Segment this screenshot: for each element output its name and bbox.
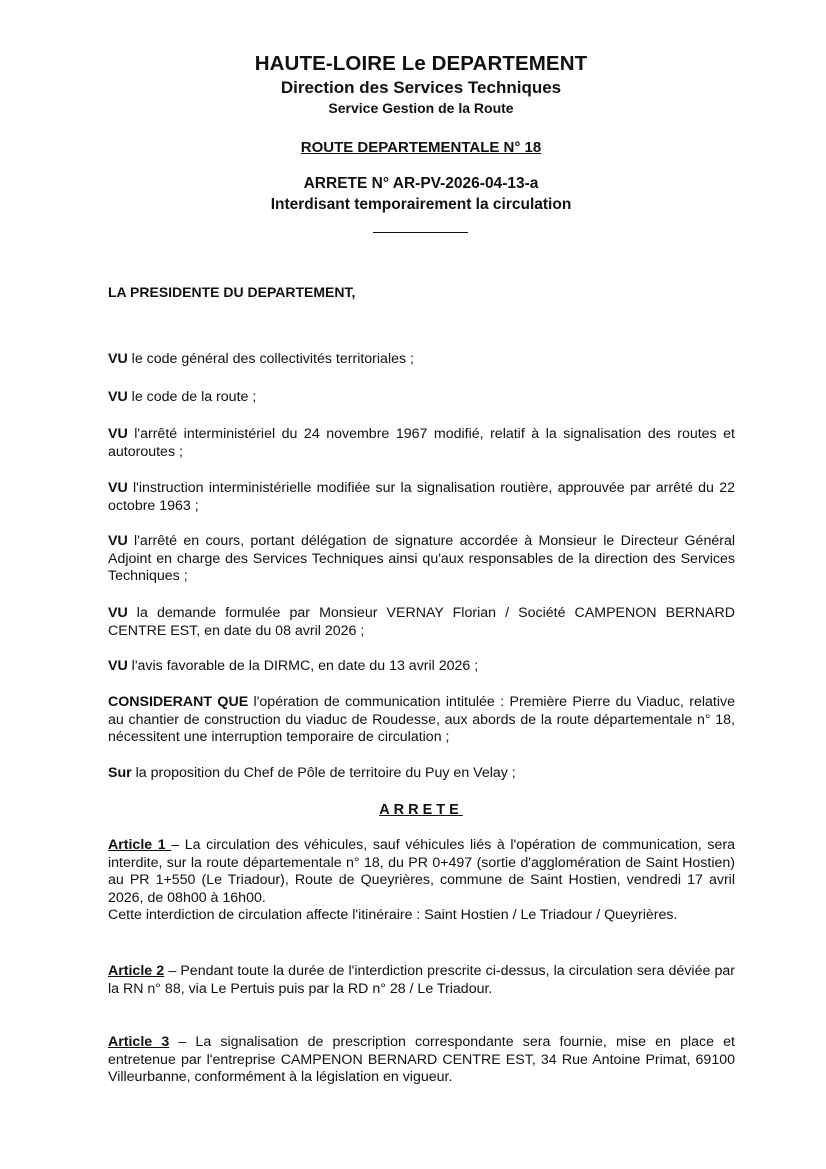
article-text: – La circulation des véhicules, sauf véh…	[108, 837, 735, 906]
article-label: Article 2	[108, 963, 164, 979]
visa-text: la demande formulée par Monsieur VERNAY …	[108, 605, 735, 639]
arrete-subject: Interdisant temporairement la circulatio…	[0, 196, 826, 214]
visa-lead: VU	[108, 426, 128, 442]
arrete-number: ARRETE N° AR-PV-2026-04-13-a	[0, 175, 826, 193]
direction-title: Direction des Services Techniques	[0, 78, 826, 98]
visa-3: VU l'arrêté interministériel du 24 novem…	[108, 426, 735, 461]
visa-6: VU la demande formulée par Monsieur VERN…	[108, 605, 735, 640]
visa-text: l'instruction interministérielle modifié…	[108, 480, 735, 514]
visa-4: VU l'instruction interministérielle modi…	[108, 480, 735, 515]
service-title: Service Gestion de la Route	[0, 100, 826, 116]
authority-heading: LA PRESIDENTE DU DEPARTEMENT,	[108, 284, 355, 300]
article-label: Article 3	[108, 1034, 169, 1050]
article-3: Article 3 – La signalisation de prescrip…	[108, 1034, 735, 1087]
considerant-paragraph: CONSIDERANT QUE l'opération de communica…	[108, 694, 735, 747]
visa-2: VU le code de la route ;	[108, 389, 735, 407]
visa-text: l'avis favorable de la DIRMC, en date du…	[128, 658, 479, 674]
visa-lead: VU	[108, 533, 128, 549]
visa-1: VU le code général des collectivités ter…	[108, 351, 735, 369]
separator-rule	[373, 232, 468, 233]
visa-text: l'arrêté interministériel du 24 novembre…	[108, 426, 735, 460]
article-2: Article 2 – Pendant toute la durée de l'…	[108, 963, 735, 998]
decision-title: ARRETE	[0, 802, 826, 818]
article-1: Article 1 – La circulation des véhicules…	[108, 837, 735, 925]
visa-text: l'arrêté en cours, portant délégation de…	[108, 533, 735, 584]
visa-lead: VU	[108, 480, 128, 496]
proposition-paragraph: Sur la proposition du Chef de Pôle de te…	[108, 765, 735, 783]
article-label: Article 1	[108, 837, 171, 853]
visa-lead: VU	[108, 658, 128, 674]
proposition-lead: Sur	[108, 765, 132, 781]
visa-5: VU l'arrêté en cours, portant délégation…	[108, 533, 735, 586]
visa-lead: VU	[108, 389, 128, 405]
article-text: – La signalisation de prescription corre…	[108, 1034, 735, 1085]
visa-lead: VU	[108, 351, 128, 367]
visa-text: le code de la route ;	[128, 389, 257, 405]
visa-text: le code général des collectivités territ…	[128, 351, 414, 367]
route-title: ROUTE DEPARTEMENTALE N° 18	[0, 139, 826, 156]
article-extra: Cette interdiction de circulation affect…	[108, 907, 735, 925]
article-text: – Pendant toute la durée de l'interdicti…	[108, 963, 735, 997]
proposition-text: la proposition du Chef de Pôle de territ…	[132, 765, 516, 781]
visa-7: VU l'avis favorable de la DIRMC, en date…	[108, 658, 735, 676]
document-page: HAUTE-LOIRE Le DEPARTEMENT Direction des…	[0, 0, 826, 1169]
considerant-lead: CONSIDERANT QUE	[108, 694, 248, 710]
organization-title: HAUTE-LOIRE Le DEPARTEMENT	[0, 52, 826, 76]
visa-lead: VU	[108, 605, 128, 621]
